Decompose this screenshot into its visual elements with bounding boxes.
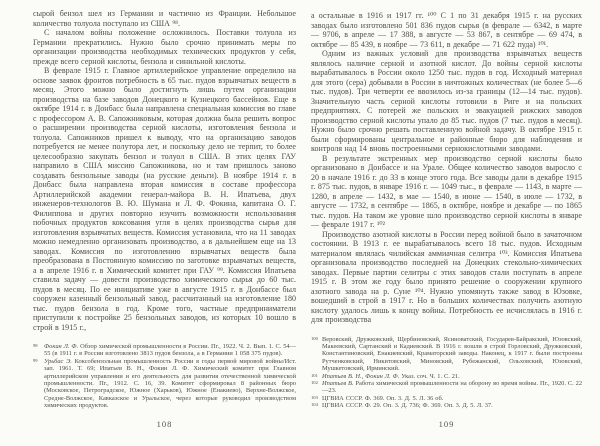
body-paragraph: Производство азотной кислоты в России пе… bbox=[311, 230, 582, 325]
footnote: 103 ЦГВИА СССР. Ф. 369. Оп. 3. Д. 5. Л. … bbox=[313, 395, 582, 402]
page-number-left: 108 bbox=[33, 419, 296, 429]
footnote-number: 98 bbox=[33, 342, 38, 349]
footnote: 101 Ипатьев В. Н., Фокин Л. Ф. Указ. соч… bbox=[313, 373, 582, 380]
footnote-number: 103 bbox=[311, 394, 318, 401]
body-paragraph: В феврале 1915 г. Главное артиллерийское… bbox=[33, 66, 296, 332]
footnote: 99 Урьбас Э. Коксобензольная промышленно… bbox=[35, 358, 296, 410]
footnote-text: Веровский, Дружковский, Щербиновский, Яс… bbox=[322, 336, 582, 373]
footnote-text: Коксобензольная промышленность России в … bbox=[44, 358, 296, 409]
page-108-footnotes: 98 Фокин Л. Ф. Обзор химической промышле… bbox=[33, 343, 296, 410]
body-paragraph: В результате экстренных мер производство… bbox=[311, 154, 582, 230]
page-108-body: сырой бензол шел из Германии и частично … bbox=[33, 9, 296, 332]
footnote-number: 101 bbox=[311, 372, 318, 379]
footnote-number: 99 bbox=[33, 357, 38, 364]
page-number-right: 109 bbox=[311, 419, 582, 429]
footnote-number: 100 bbox=[311, 335, 318, 342]
footnote: 104 ЦГВИА СССР. Ф. 29. Оп. 3. Д. 736; Ф.… bbox=[313, 402, 582, 409]
footnote-text: ЦГВИА СССР. Ф. 369. Оп. 3. Д. 5. Л. 36 о… bbox=[322, 395, 443, 402]
book-spread: сырой бензол шел из Германии и частично … bbox=[0, 0, 600, 446]
footnote: 100 Веровский, Дружковский, Щербиновский… bbox=[313, 336, 582, 373]
footnote-text: ЦГВИА СССР. Ф. 29. Оп. 3. Д. 736; Ф. 369… bbox=[322, 402, 493, 409]
footnote: 102 Ипатьев В. Работа химической промышл… bbox=[313, 380, 582, 395]
footnote: 98 Фокин Л. Ф. Обзор химической промышле… bbox=[35, 343, 296, 358]
footnote-authors: Ипатьев В. Н., Фокин Л. Ф. bbox=[322, 373, 399, 380]
body-paragraph: сырой бензол шел из Германии и частично … bbox=[33, 9, 296, 28]
body-paragraph: Одним из важных условий для производства… bbox=[311, 49, 582, 154]
page-109-footnotes: 100 Веровский, Дружковский, Щербиновский… bbox=[311, 336, 582, 410]
page-108: сырой бензол шел из Германии и частично … bbox=[33, 9, 296, 429]
footnote-authors: Фокин Л. Ф. bbox=[44, 343, 78, 350]
footnote-authors: Урьбас Э. bbox=[44, 358, 72, 365]
page-109: а остальные в 1916 и 1917 гг. ¹⁰⁰ С 1 по… bbox=[311, 11, 582, 429]
body-paragraph: а остальные в 1916 и 1917 гг. ¹⁰⁰ С 1 по… bbox=[311, 11, 582, 49]
footnote-text: Работа химической промышленности на обор… bbox=[322, 380, 582, 394]
footnote-text: Указ. соч. Ч. 1. С. 21. bbox=[401, 373, 460, 380]
body-paragraph: С началом войны положение осложнилось. П… bbox=[33, 28, 296, 66]
footnote-authors: Ипатьев В. bbox=[322, 380, 354, 387]
footnote-number: 104 bbox=[311, 401, 318, 408]
page-109-body: а остальные в 1916 и 1917 гг. ¹⁰⁰ С 1 по… bbox=[311, 11, 582, 325]
footnote-number: 102 bbox=[311, 379, 318, 386]
footnote-text: Обзор химической промышленности в России… bbox=[44, 343, 296, 357]
